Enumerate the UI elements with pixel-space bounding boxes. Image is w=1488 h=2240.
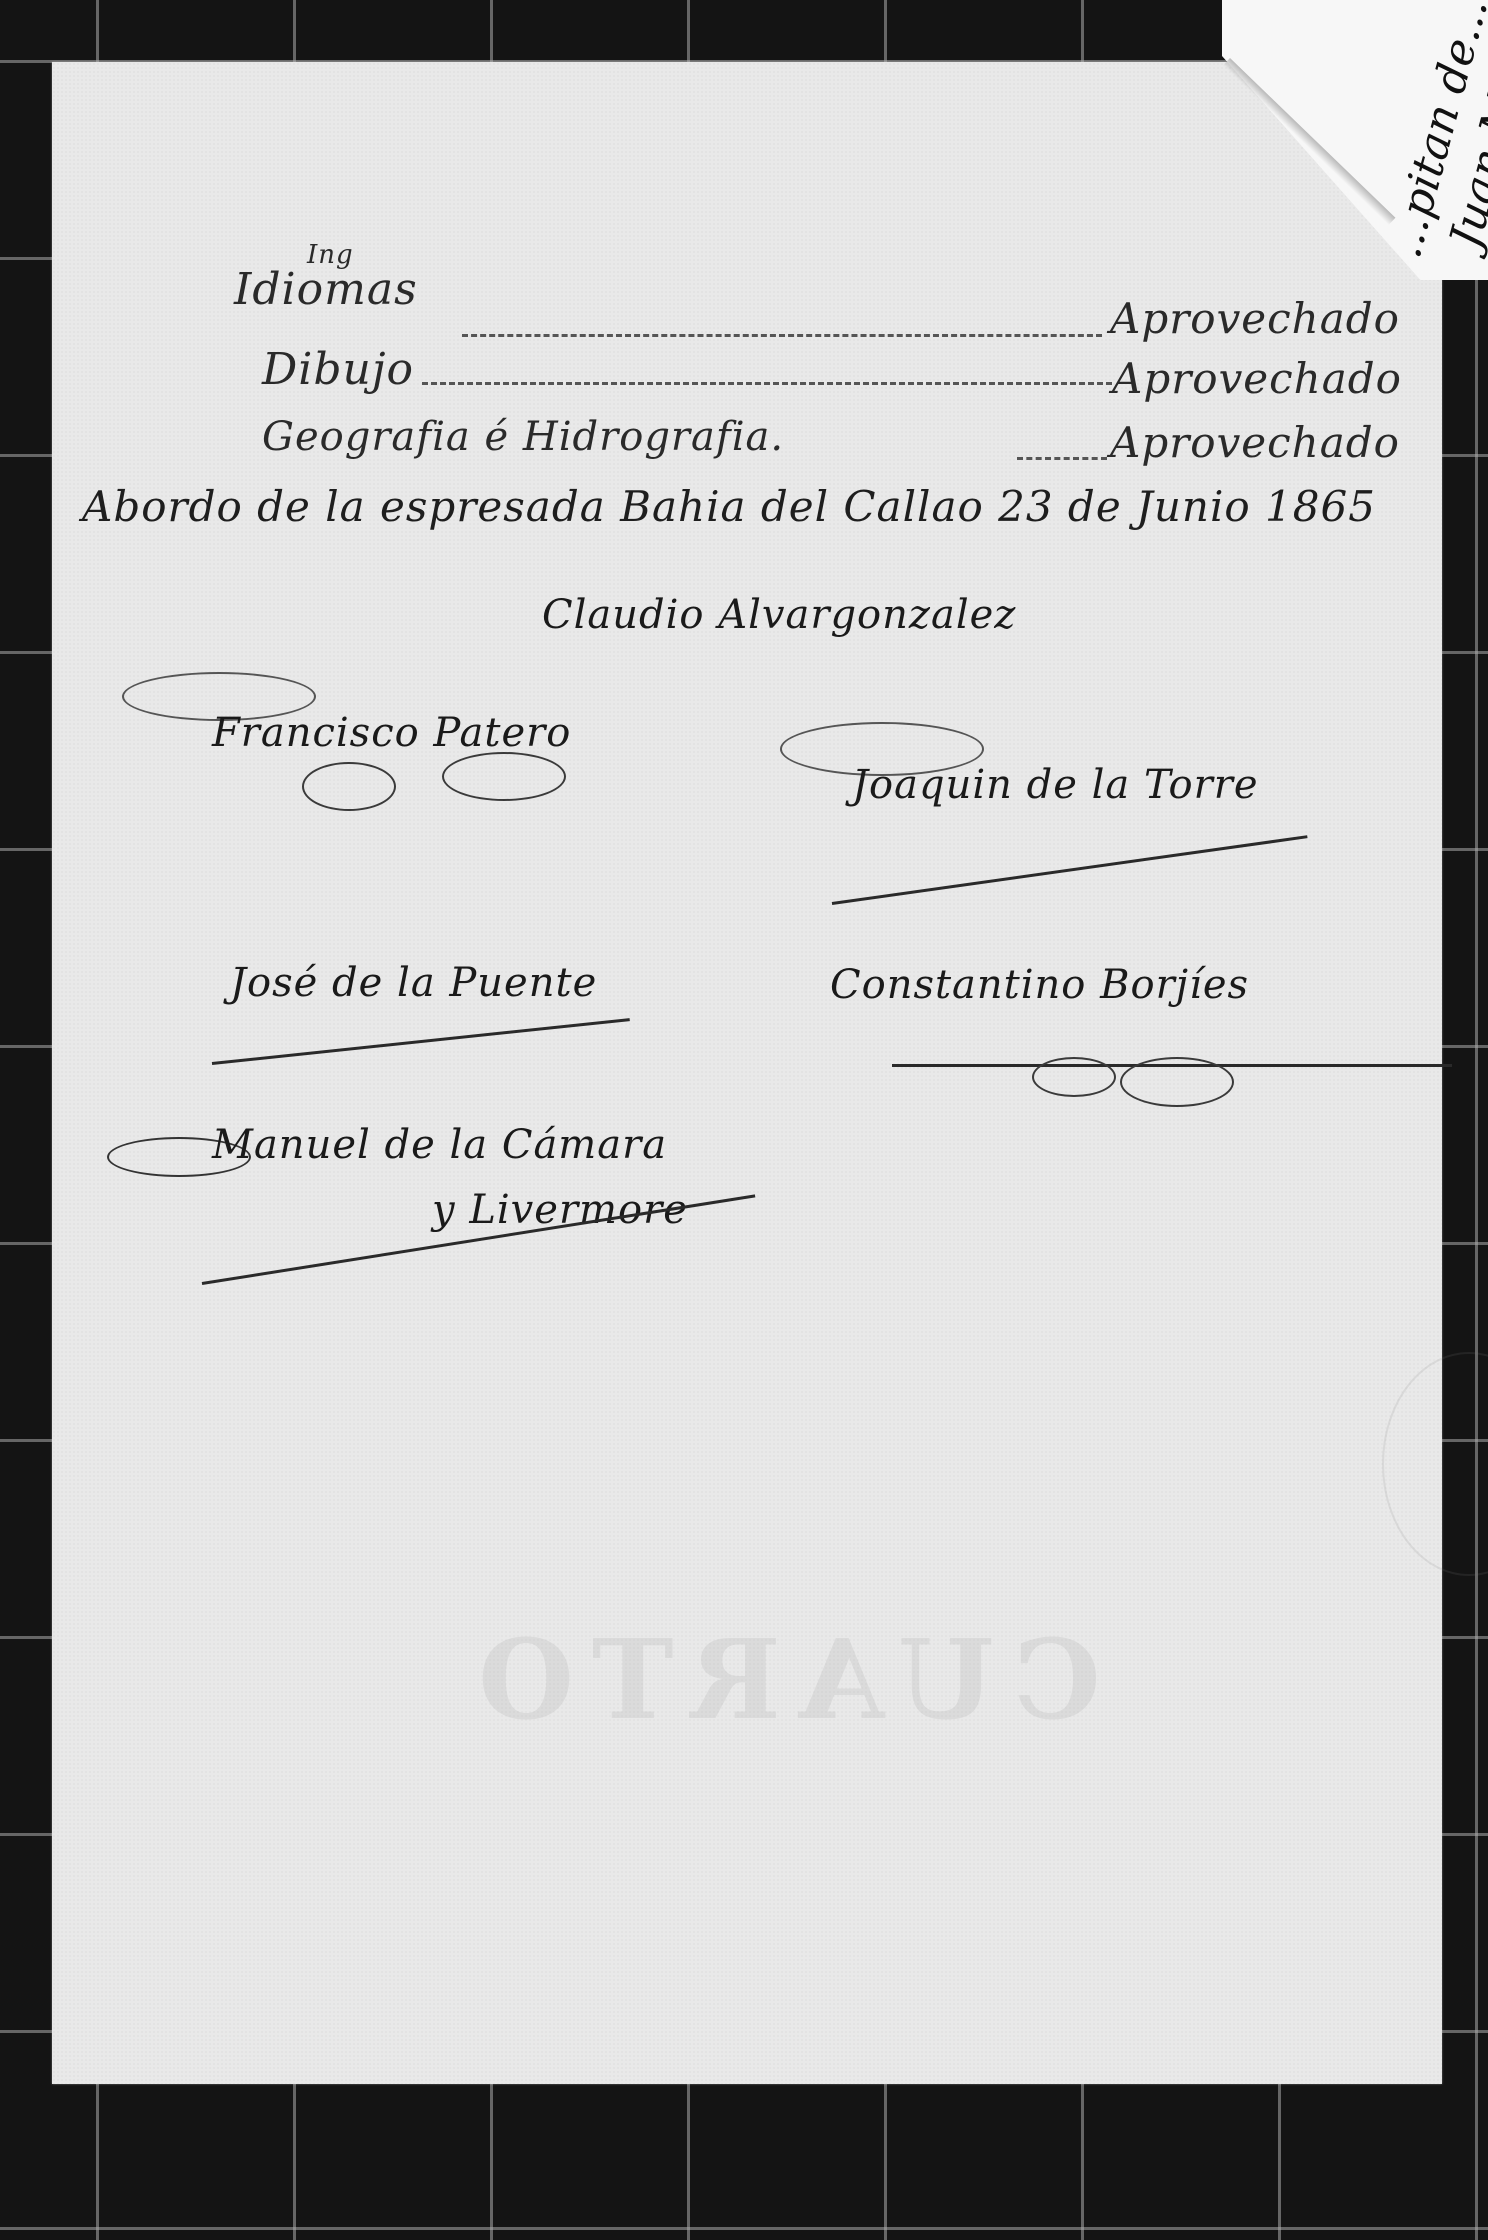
signature-manuel-de-la-camara: Manuel de la Cámara (212, 1122, 667, 1168)
document-page: Ing Idiomas Aprovechado Dibujo Aprovecha… (52, 62, 1442, 2084)
watermark-cuarto: CUARTO (460, 1615, 1101, 1744)
subject-geografia: Geografia é Hidrografia. (262, 414, 784, 460)
embossed-seal (1382, 1352, 1488, 1576)
leader-dashes (1017, 457, 1107, 460)
grade-dibujo: Aprovechado (1112, 354, 1402, 403)
signature-francisco-patero: Francisco Patero (212, 710, 571, 756)
signature-flourish (442, 752, 566, 801)
subject-dibujo: Dibujo (262, 344, 414, 395)
leader-dashes (422, 382, 1112, 385)
signature-underline (832, 835, 1308, 905)
grade-geografia: Aprovechado (1110, 418, 1400, 467)
signature-joaquin-de-la-torre: Joaquin de la Torre (852, 762, 1259, 808)
leader-dashes (462, 334, 1102, 337)
signature-claudio-alvargonzalez: Claudio Alvargonzalez (542, 592, 1016, 638)
signature-constantino-borjies: Constantino Borjíes (830, 962, 1249, 1008)
signature-jose-de-la-puente: José de la Puente (230, 960, 597, 1006)
subject-idiomas: Idiomas (234, 264, 418, 315)
signature-flourish (1032, 1057, 1116, 1097)
grade-idiomas: Aprovechado (1110, 294, 1400, 343)
signature-flourish (1120, 1057, 1234, 1107)
place-date-line: Abordo de la espresada Bahia del Callao … (82, 482, 1376, 531)
signature-underline (212, 1018, 630, 1065)
signature-flourish (302, 762, 396, 811)
